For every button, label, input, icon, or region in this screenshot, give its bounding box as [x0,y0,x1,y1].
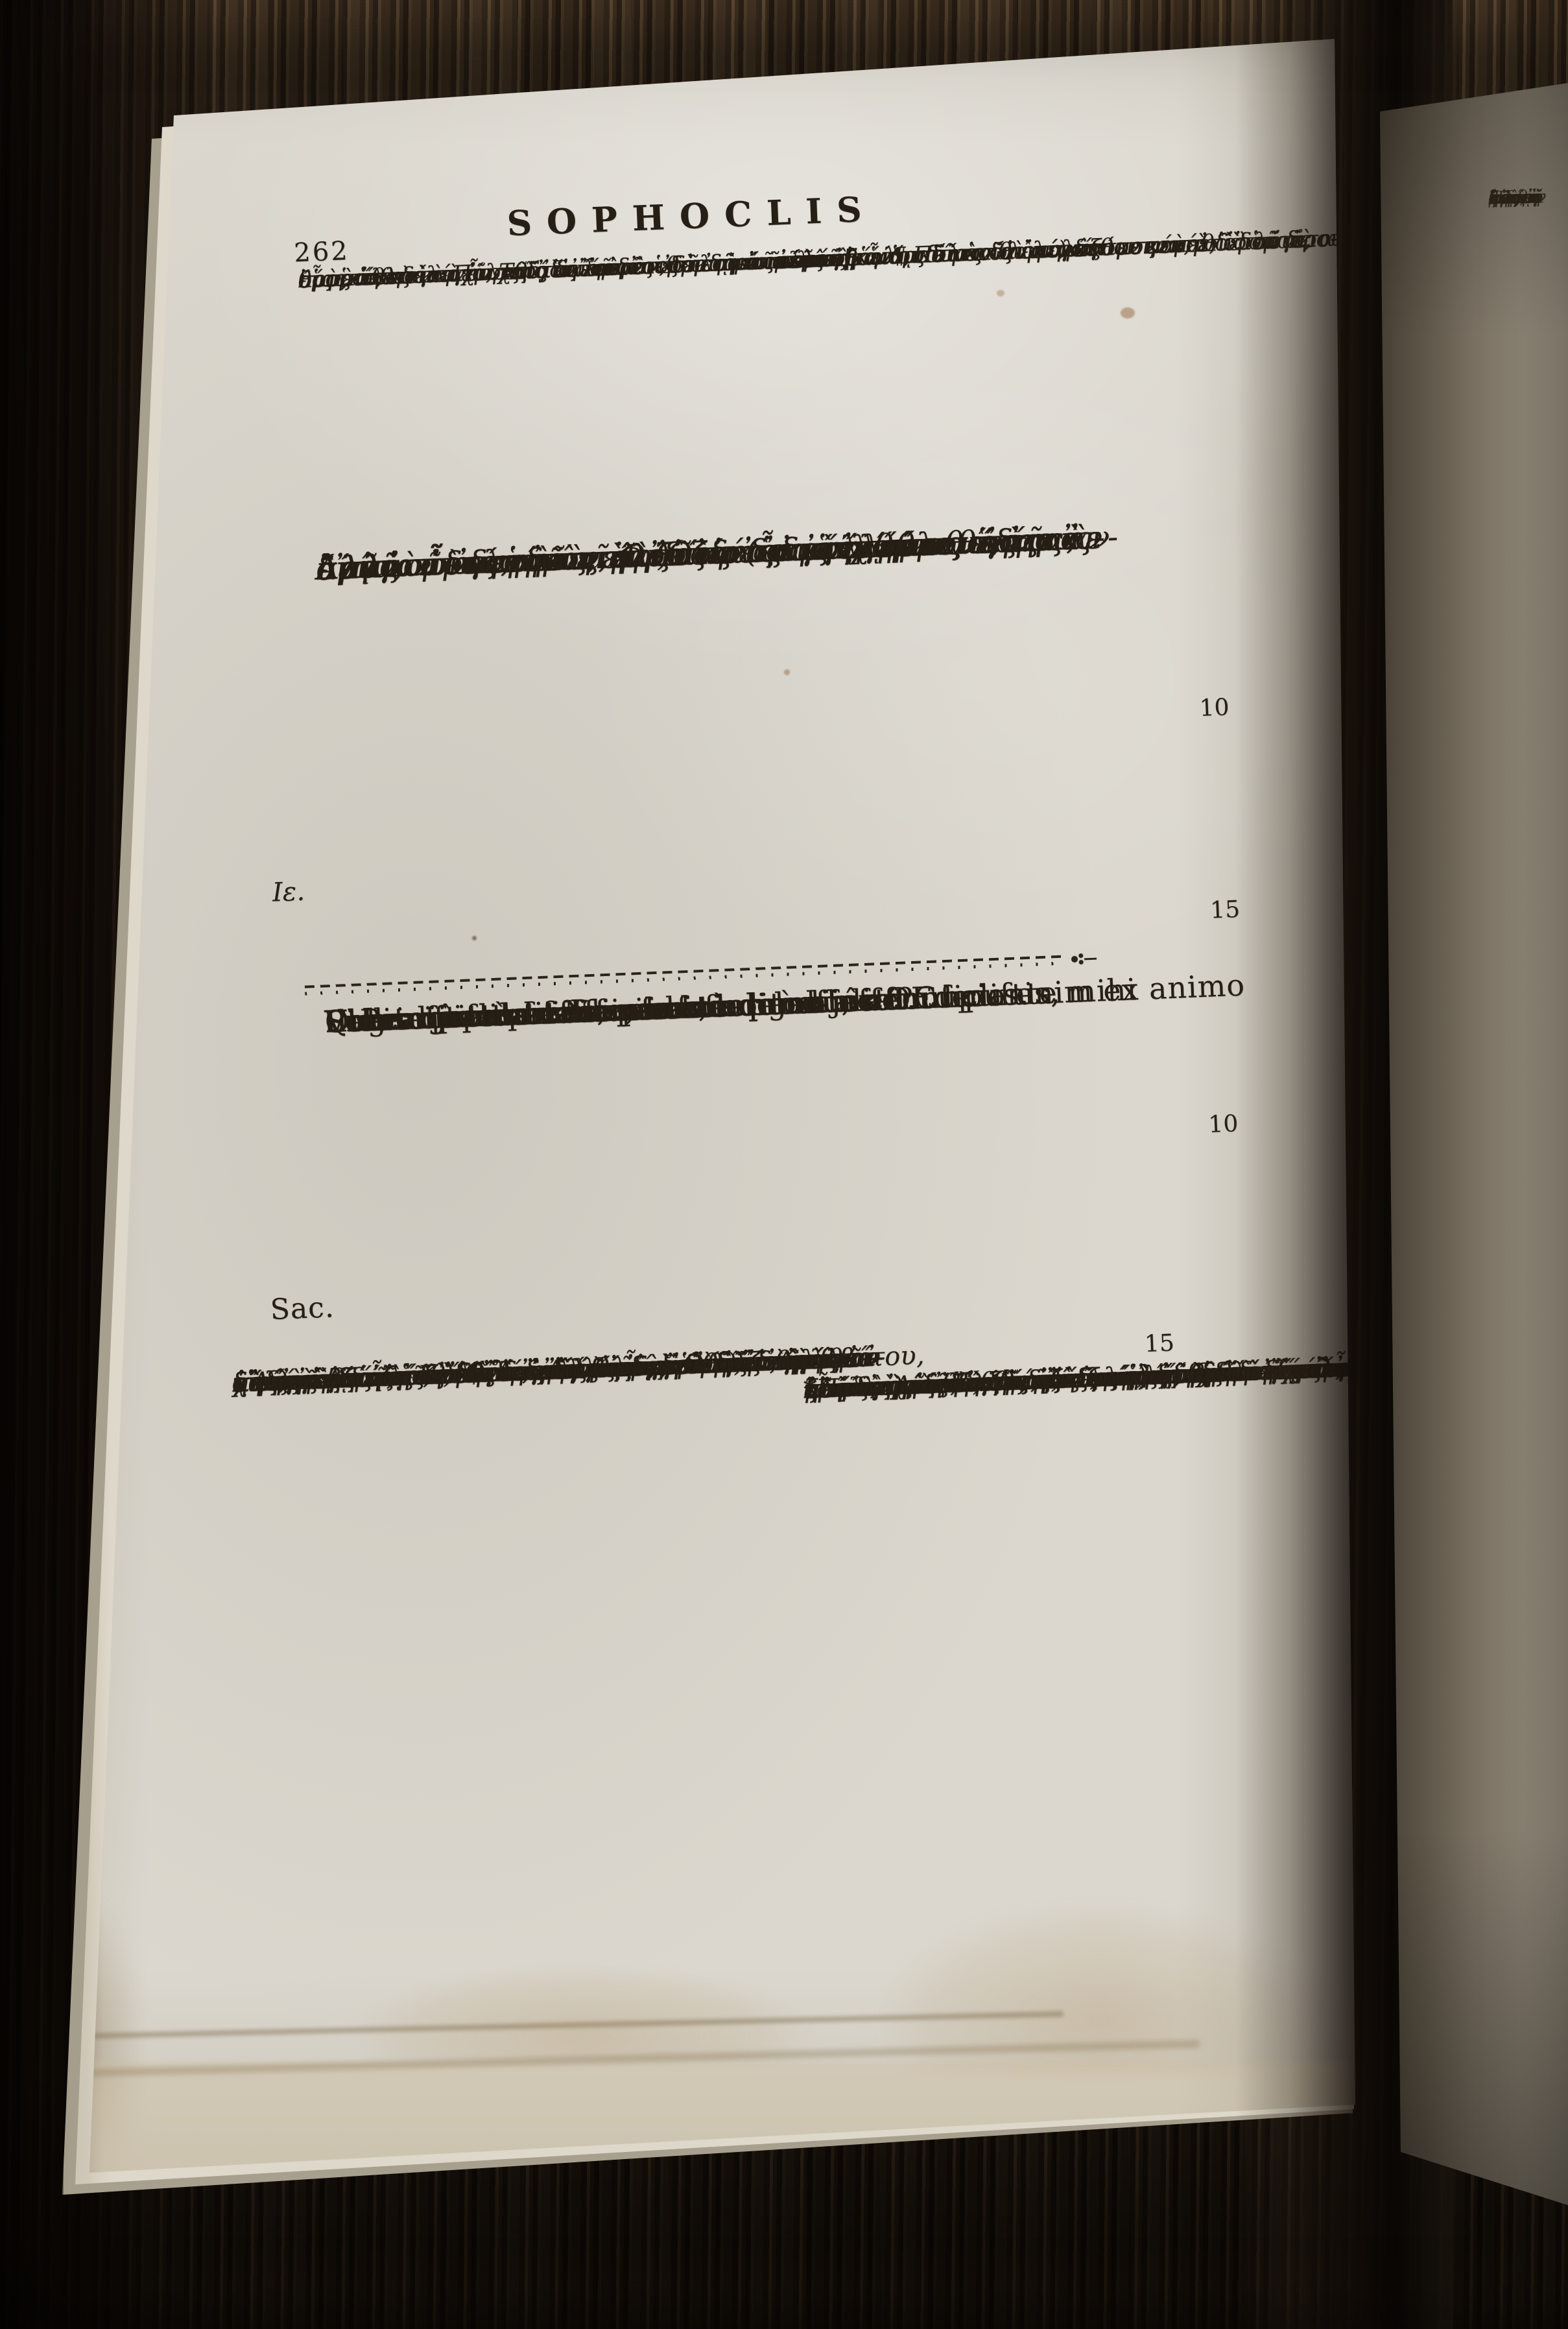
verse-line-number-10: 10 [1199,694,1229,722]
scholia-top-left-column: σαν, ἀλλὰ καὶ ἐν χερσὶν ἔφερον, δῆλον ὅτ… [298,243,764,262]
scholia-line: παιάνων. ¶ Πόλις δ᾽ ὁμ.) κατεσκευή. [776,226,1206,280]
latin-speaker-label: Sac. [270,1289,335,1328]
divider-fleuron-icon [1070,952,1098,966]
facing-page-text-fragments: κα θηπροσόδος, ἢτῆς ἀταἰτίανπροσιἢ δικΗλ… [1488,184,1568,186]
latin-line: Vides qualis turba conſederit [324,986,783,1040]
running-header: SOPHOCLIS [506,188,897,244]
book-left-page: 262 SOPHOCLIS σαν, ἀλλὰ καὶ ἐν χερσὶν ἔφ… [84,36,1359,2176]
verse-speaker-label: Ιε. [272,872,305,913]
greek-verse-block: Ιε. ἃ ᾽γὼ δικαιῶν μὴ παρ᾽ ἀγγέλων τέκναἄ… [316,512,1223,549]
scholia-line: θύουσι, καὶ παιᾶνας ᾄδουσιν· οἱ δὲ ἐπὶ ἀ… [298,240,858,300]
facing-text-fragment: καὶ [1488,185,1519,211]
commentary-bottom-left-column: Ἃ ᾽γὼ δικαιῶν) οὐ δι᾽ ἀγγέλων μαθεῖν τὴν… [232,1341,807,1365]
verse-line: ὁρᾷς μὲν ἡμᾶς ἡλίκοι προσήμεθα [316,524,942,590]
latin-line-number-10: 10 [1208,1110,1239,1138]
book-photograph: 262 SOPHOCLIS σαν, ἀλλὰ καὶ ἐν χερσὶν ἔφ… [0,0,1568,2329]
book-right-page-sliver: κα θηπροσόδος, ἢτῆς ἀταἰτίανπροσιἢ δικΗλ… [1378,78,1568,2218]
latin-line-number-15: 15 [1144,1330,1174,1357]
commentary-line: ἡ πρὸς βασιλέα ἀπόκρισις. εἰς γὰρ τοῦτο … [232,1339,855,1402]
printed-text-layer: 262 SOPHOCLIS σαν, ἀλλὰ καὶ ἐν χερσὶν ἔφ… [169,74,1390,2135]
